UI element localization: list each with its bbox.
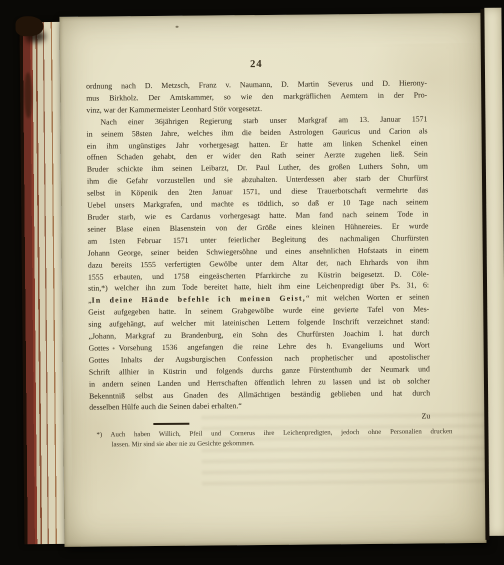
emphasized-quote: In deine Hände befehle ich meinen Geist,: [92, 294, 306, 305]
paper-speck: [176, 26, 179, 28]
book-scan: 24 ordnung nach D. Metzsch, Franz v. Nau…: [0, 0, 504, 565]
footnote-rule: [153, 423, 189, 425]
footnote: *) Auch haben Willich, Pfeil und Corneru…: [96, 427, 452, 450]
book-corner: [15, 16, 43, 36]
book-page: 24 ordnung nach D. Metzsch, Franz v. Nau…: [59, 13, 486, 547]
body-text: ordnung nach D. Metzsch, Franz v. Nauman…: [86, 77, 430, 426]
text-segment: “ mit welchen Worten er seinen: [306, 293, 429, 303]
page-number: 24: [86, 57, 427, 71]
